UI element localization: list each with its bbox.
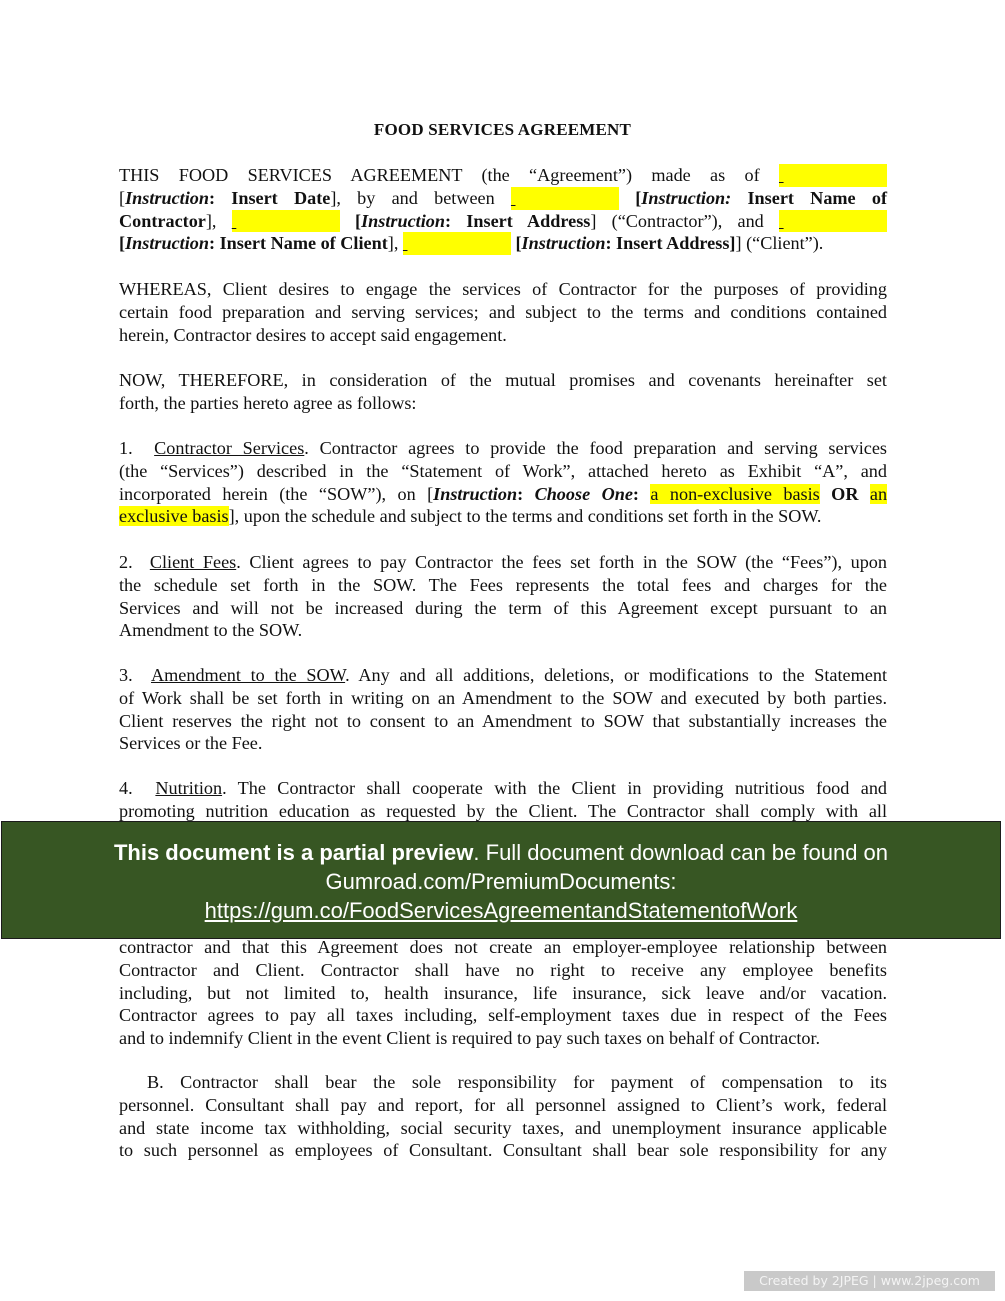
paragraph-line: herein, Contractor desires to accept sai… (119, 324, 887, 347)
section-4-nutrition: 4. Nutrition. The Contractor shall coope… (119, 777, 887, 823)
banner-headline: This document is a partial preview (114, 840, 473, 865)
paragraph-line: of Work shall be set forth in writing on… (119, 687, 887, 710)
section-5-independent-contractor: contractor and that this Agreement does … (119, 936, 887, 1050)
instruction-text: Contractor (119, 211, 206, 231)
section-1-contractor-services: 1. Contractor Services. Contractor agree… (119, 437, 887, 528)
date-blank-field[interactable] (779, 164, 887, 187)
paragraph-line: to such personnel as employees of Consul… (119, 1139, 887, 1162)
section-heading: Client Fees (150, 552, 236, 572)
instruction-label: Instruction (522, 233, 606, 253)
paragraph-line: certain food preparation and serving ser… (119, 301, 887, 324)
document-page: FOOD SERVICES AGREEMENT THIS FOOD SERVIC… (0, 0, 1005, 1301)
contractor-name-blank-field[interactable] (511, 187, 619, 210)
instruction-text: Insert Name of (731, 188, 887, 208)
paragraph-line: forth, the parties hereto agree as follo… (119, 392, 887, 415)
document-title: FOOD SERVICES AGREEMENT (0, 120, 1005, 140)
section-number: 3. (119, 665, 133, 685)
section-2-client-fees: 2. Client Fees. Client agrees to pay Con… (119, 551, 887, 642)
instruction-text: : Insert Name of Client (209, 233, 388, 253)
instruction-text: Choose One (535, 484, 633, 504)
paragraph-line: Contractor agrees to pay all taxes inclu… (119, 1004, 887, 1027)
watermark: Created by 2JPEG | www.2jpeg.com (744, 1271, 995, 1291)
paragraph-line: promoting nutrition education as request… (119, 800, 887, 823)
paragraph-line: including, but not limited to, health in… (119, 982, 887, 1005)
partial-preview-banner: This document is a partial preview. Full… (1, 821, 1001, 939)
intro-text: ] (“Contractor”), and (590, 211, 763, 231)
instruction-label: Instruction: (641, 188, 731, 208)
instruction-label: Instruction (125, 188, 209, 208)
download-link[interactable]: https://gum.co/FoodServicesAgreementandS… (205, 898, 798, 923)
intro-paragraph: THIS FOOD SERVICES AGREEMENT (the “Agree… (119, 164, 887, 255)
paragraph-line: B. Contractor shall bear the sole respon… (119, 1071, 887, 1094)
punctuation: : (633, 484, 639, 504)
now-therefore-paragraph: NOW, THEREFORE, in consideration of the … (119, 369, 887, 415)
section-number: 4. (119, 778, 133, 798)
instruction-label: Instruction (433, 484, 517, 504)
banner-text: . Full document download can be found on (473, 840, 888, 865)
banner-line-2: Gumroad.com/PremiumDocuments: (2, 867, 1000, 896)
intro-text: ], (388, 233, 399, 253)
section-heading: Nutrition (155, 778, 222, 798)
punctuation: : (517, 484, 523, 504)
instruction-label: Instruction (361, 211, 445, 231)
instruction-label: Instruction (125, 233, 209, 253)
instruction-text: : Insert Date (209, 188, 330, 208)
paragraph-text: incorporated herein (the “SOW”), on [ (119, 484, 433, 504)
option-exclusive-part2[interactable]: exclusive basis (119, 506, 229, 526)
paragraph-line: Amendment to the SOW. (119, 619, 887, 642)
whereas-paragraph: WHEREAS, Client desires to engage the se… (119, 278, 887, 346)
paragraph-line: Client reserves the right not to consent… (119, 710, 887, 733)
paragraph-line: Services or the Fee. (119, 732, 887, 755)
section-heading: Contractor Services (154, 438, 304, 458)
paragraph-text: . Contractor agrees to provide the food … (304, 438, 887, 458)
banner-line-1: This document is a partial preview. Full… (2, 838, 1000, 867)
intro-text: ], (206, 211, 217, 231)
option-exclusive-part1[interactable]: an (870, 484, 887, 504)
paragraph-line: contractor and that this Agreement does … (119, 936, 887, 959)
option-non-exclusive[interactable]: a non-exclusive basis (650, 484, 819, 504)
paragraph-text: . The Contractor shall cooperate with th… (222, 778, 887, 798)
paragraph-line: WHEREAS, Client desires to engage the se… (119, 278, 887, 301)
paragraph-text: ], upon the schedule and subject to the … (229, 506, 822, 526)
instruction-text: : Insert Address (445, 211, 590, 231)
contractor-address-blank-field[interactable] (232, 210, 340, 233)
paragraph-line: Contractor and Client. Contractor shall … (119, 959, 887, 982)
section-heading: Amendment to the SOW (151, 665, 345, 685)
instruction-text: : Insert Address (605, 233, 729, 253)
paragraph-line: (the “Services”) described in the “State… (119, 460, 887, 483)
intro-text: ] (“Client”). (735, 233, 823, 253)
paragraph-line: and state income tax withholding, social… (119, 1117, 887, 1140)
intro-text: ], by and between (330, 188, 494, 208)
section-number: 1. (119, 438, 133, 458)
or-label: OR (831, 484, 858, 504)
paragraph-text: . Any and all additions, deletions, or m… (345, 665, 887, 685)
intro-text: THIS FOOD SERVICES AGREEMENT (the “Agree… (119, 165, 760, 185)
section-5b-compensation: B. Contractor shall bear the sole respon… (119, 1071, 887, 1162)
section-number: 2. (119, 552, 133, 572)
section-3-amendment: 3. Amendment to the SOW. Any and all add… (119, 664, 887, 755)
paragraph-text: . Client agrees to pay Contractor the fe… (236, 552, 887, 572)
client-name-blank-field[interactable] (779, 210, 887, 233)
paragraph-line: NOW, THEREFORE, in consideration of the … (119, 369, 887, 392)
paragraph-line: the schedule set forth in the SOW. The F… (119, 574, 887, 597)
client-address-blank-field[interactable] (403, 232, 511, 255)
paragraph-line: personnel. Consultant shall pay and repo… (119, 1094, 887, 1117)
paragraph-line: and to indemnify Client in the event Cli… (119, 1027, 887, 1050)
paragraph-line: Services and will not be increased durin… (119, 597, 887, 620)
